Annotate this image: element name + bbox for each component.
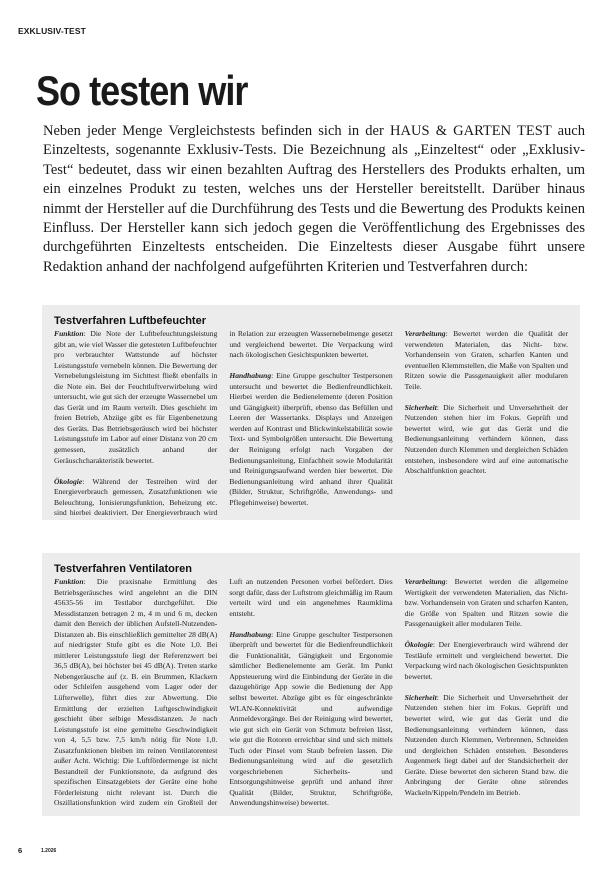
section-label: EXKLUSIV-TEST — [18, 26, 86, 36]
test-procedure-box-humidifier: Testverfahren Luftbefeuchter Funktion: D… — [42, 305, 580, 520]
criterion-safety: Sicherheit: Die Sicherheit und Unversehr… — [405, 403, 568, 477]
box-title: Testverfahren Luftbefeuchter — [54, 315, 568, 327]
criterion-workmanship: Verarbeitung: Bewertet werden die allgem… — [405, 577, 568, 630]
page-title: So testen wir — [36, 70, 247, 112]
criterion-safety: Sicherheit: Die Sicherheit und Unversehr… — [405, 693, 568, 798]
test-procedure-box-fans: Testverfahren Ventilatoren Funktion: Die… — [42, 553, 580, 816]
criterion-handling: Handhabung: Eine Gruppe geschulter Testp… — [229, 371, 392, 508]
criterion-function: Funktion: Die Note der Luftbefeuchtungsl… — [54, 329, 217, 466]
box-text-columns: Funktion: Die Note der Luftbefeuchtungsl… — [54, 329, 568, 519]
criterion-ecology: Ökologie: Der Energieverbrauch wird währ… — [405, 640, 568, 682]
page-number: 6 — [18, 846, 22, 855]
box-title: Testverfahren Ventilatoren — [54, 563, 568, 575]
criterion-handling: Handhabung: Eine Gruppe geschulter Testp… — [229, 630, 392, 809]
intro-paragraph: Neben jeder Menge Vergleichstests befind… — [43, 122, 585, 277]
criterion-workmanship: Verarbeitung: Bewertet werden die Qualit… — [405, 329, 568, 392]
box-text-columns: Funktion: Die praxisnahe Ermittlung des … — [54, 577, 568, 815]
issue-number: 1.2026 — [41, 848, 56, 854]
